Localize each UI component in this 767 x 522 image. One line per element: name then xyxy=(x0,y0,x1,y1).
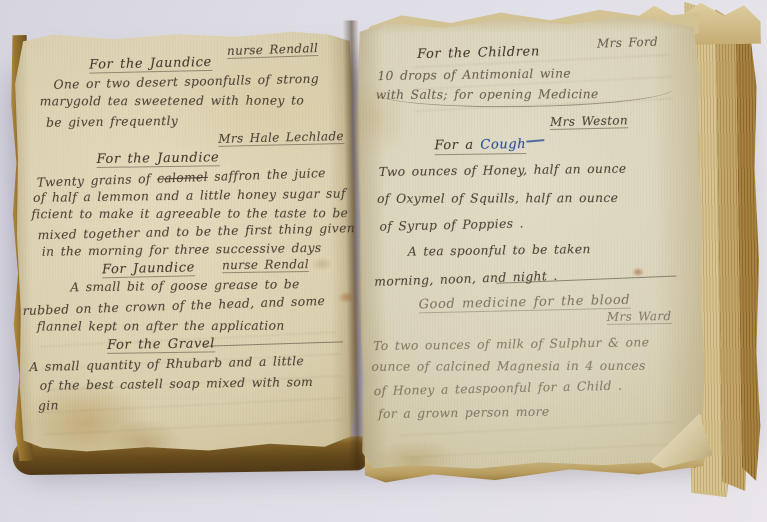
recipe-line: be given frequently xyxy=(46,115,178,129)
recipe-line: of Honey a teaspoonful for a Child . xyxy=(374,380,623,398)
recipe-attribution: nurse Rendall xyxy=(227,42,319,59)
heading-word-blue: Cough xyxy=(480,137,526,155)
recipe-attribution: nurse Rendal xyxy=(222,258,309,273)
heading-part: For a xyxy=(434,138,480,156)
recipe-line: One or two desert spoonfulls of strong xyxy=(53,73,319,91)
recipe-line: rubbed on the crown of the head, and som… xyxy=(22,295,325,317)
recipe-heading: For the Jaundice xyxy=(89,56,212,74)
recipe-line: Two ounces of Honey, half an ounce xyxy=(379,163,627,179)
recipe-line: flannel kept on after the application xyxy=(37,320,285,333)
recipe-line: of Syrup of Poppies . xyxy=(379,217,524,233)
recipe-line: mixed together and to be the first thing… xyxy=(37,222,355,241)
struck-word: calomel xyxy=(157,170,208,186)
recipe-line: of half a lemmon and a little honey suga… xyxy=(33,188,346,205)
recipe-line: Twenty grains of calomel saffron the jui… xyxy=(37,167,326,189)
blue-ink-dash xyxy=(526,139,544,142)
recipe-heading: For a Cough xyxy=(434,138,526,152)
recipe-line: marygold tea sweetened with honey to xyxy=(40,94,304,107)
recipe-attribution: Mrs Weston xyxy=(550,114,628,130)
recipe-line: ficient to make it agreeable to the tast… xyxy=(31,207,348,220)
recipe-attribution: Mrs Hale Lechlade xyxy=(218,130,344,147)
recipe-heading: Good medicine for the blood xyxy=(418,294,630,314)
recipe-line: in the morning for three successive days xyxy=(42,242,322,258)
recipe-heading: For the Children xyxy=(417,45,540,61)
recipe-line: To two ounces of milk of Sulphur & one xyxy=(373,336,649,352)
recipe-line: A small bit of goose grease to be xyxy=(70,278,300,293)
recipe-line: A tea spoonful to be taken xyxy=(408,243,591,258)
recipe-heading: For the Gravel xyxy=(107,337,215,354)
recipe-heading: For the Jaundice xyxy=(96,151,219,168)
recipe-attribution: Mrs Ward xyxy=(607,310,672,325)
right-page: For the Children Mrs Ford 10 drops of An… xyxy=(353,14,707,471)
recipe-line: of Oxymel of Squills, half an ounce xyxy=(377,192,618,205)
recipe-heading: For Jaundice xyxy=(102,261,195,278)
left-page: nurse Rendall For the Jaundice One or tw… xyxy=(13,28,359,453)
open-book: nurse Rendall For the Jaundice One or tw… xyxy=(0,0,767,522)
recipe-attribution: Mrs Ford xyxy=(597,36,658,50)
recipe-line: ounce of calcined Magnesia in 4 ounces xyxy=(371,360,645,373)
line-part: Twenty grains of xyxy=(37,172,158,190)
photo-background: nurse Rendall For the Jaundice One or tw… xyxy=(0,0,767,522)
recipe-line: morning, noon, and night . xyxy=(374,270,558,288)
recipe-line: gin xyxy=(38,399,59,412)
line-part: saffron the juice xyxy=(208,166,326,184)
ghost-writing xyxy=(398,418,679,464)
recipe-line: for a grown person more xyxy=(378,406,549,421)
